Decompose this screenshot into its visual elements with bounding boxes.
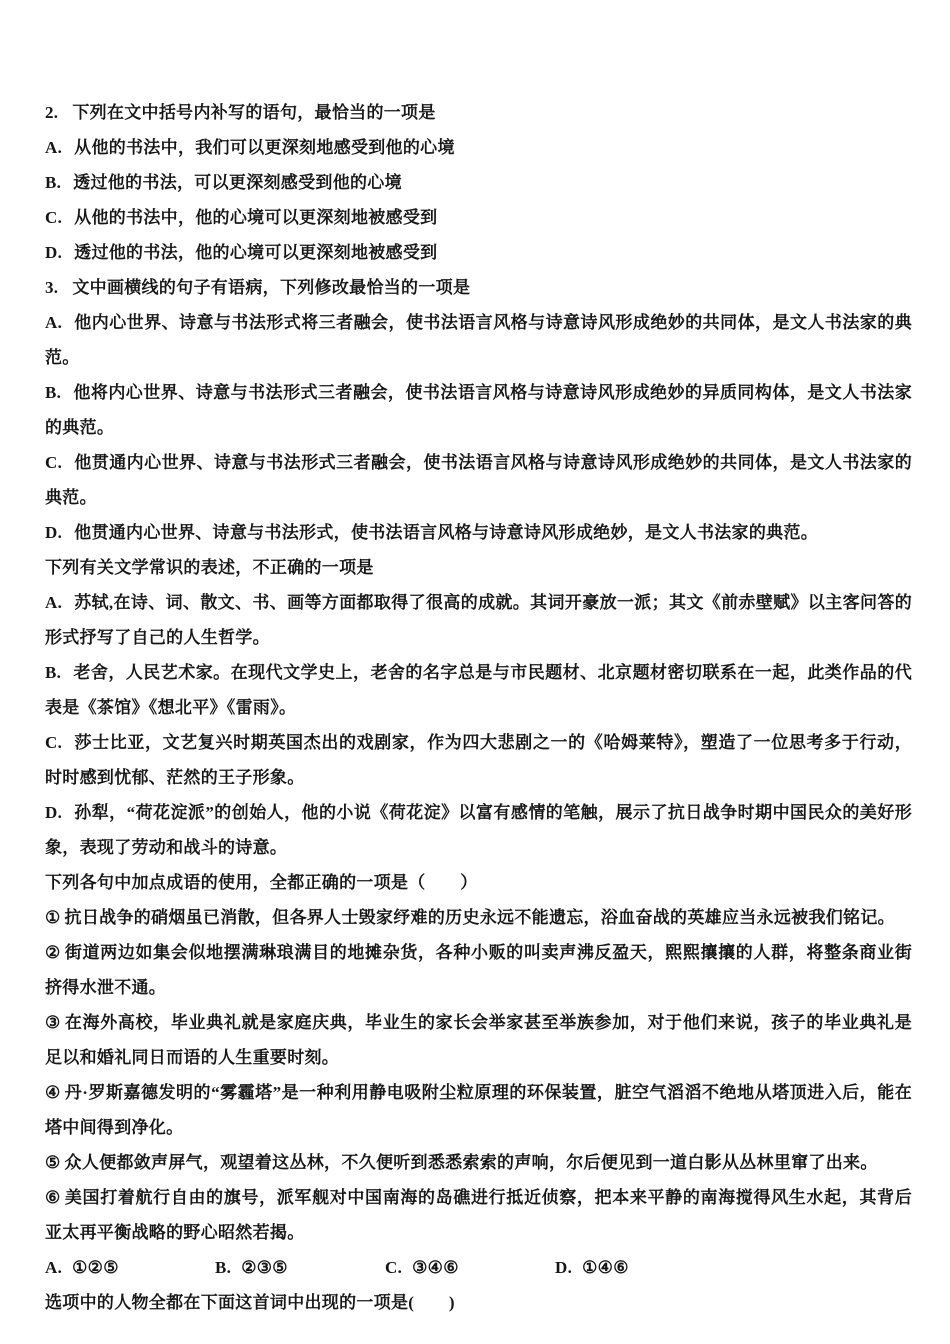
numbered-sentence-text: 众人便都敛声屏气，观望着这丛林，不久便听到悉悉索索的声响，尔后便见到一道白影从丛… xyxy=(65,1153,878,1172)
question-stem: 下列各句中加点成语的使用，全都正确的一项是（ ） xyxy=(45,865,912,900)
answer-option: D.①④⑥ xyxy=(555,1250,629,1285)
answer-option: C.从他的书法中，他的心境可以更深刻地被感受到 xyxy=(45,200,912,235)
question-stem-text: 选项中的人物全都在下面这首词中出现的一项是( ) xyxy=(45,1293,455,1312)
question-block: 下列各句中加点成语的使用，全都正确的一项是（ ）①抗日战争的硝烟虽已消散，但各界… xyxy=(45,865,912,1285)
question-stem-text: 下列各句中加点成语的使用，全都正确的一项是（ ） xyxy=(45,873,478,892)
answer-option: B.他将内心世界、诗意与书法形式三者融会，使书法语言风格与诗意诗风形成绝妙的异质… xyxy=(45,375,912,445)
answer-option: C.③④⑥ xyxy=(385,1250,555,1285)
option-text: 他将内心世界、诗意与书法形式三者融会，使书法语言风格与诗意诗风形成绝妙的异质同构… xyxy=(45,383,912,437)
question-stem: 2.下列在文中括号内补写的语句，最恰当的一项是 xyxy=(45,95,912,130)
question-block: 选项中的人物全都在下面这首词中出现的一项是( ) xyxy=(45,1285,912,1320)
option-label: A. xyxy=(45,1258,62,1277)
option-text: 从他的书法中，他的心境可以更深刻地被感受到 xyxy=(74,208,437,227)
answer-option: A.①②⑤ xyxy=(45,1250,215,1285)
option-label: A. xyxy=(45,313,62,332)
numbered-sentence-text: 在海外高校，毕业典礼就是家庭庆典，毕业生的家长会举家甚至举族参加，对于他们来说，… xyxy=(45,1013,912,1067)
option-text: ①②⑤ xyxy=(72,1258,119,1277)
option-label: B. xyxy=(45,663,61,682)
answer-options-row: A.①②⑤B.②③⑤C.③④⑥D.①④⑥ xyxy=(45,1250,912,1285)
option-label: A. xyxy=(45,593,62,612)
option-text: ③④⑥ xyxy=(412,1258,459,1277)
answer-option: B.老舍，人民艺术家。在现代文学史上，老舍的名字总是与市民题材、北京题材密切联系… xyxy=(45,655,912,725)
option-text: 苏轼,在诗、词、散文、书、画等方面都取得了很高的成就。其词开豪放一派；其文《前赤… xyxy=(45,593,912,647)
numbered-sentence: ⑥美国打着航行自由的旗号，派军舰对中国南海的岛礁进行抵近侦察，把本来平静的南海搅… xyxy=(45,1180,912,1250)
option-text: 老舍，人民艺术家。在现代文学史上，老舍的名字总是与市民题材、北京题材密切联系在一… xyxy=(45,663,912,717)
option-label: C. xyxy=(45,208,62,227)
option-label: D. xyxy=(555,1258,572,1277)
exam-document-page: 2.下列在文中括号内补写的语句，最恰当的一项是A.从他的书法中，我们可以更深刻地… xyxy=(0,0,950,1344)
option-text: 孙犁，“荷花淀派”的创始人，他的小说《荷花淀》以富有感情的笔触，展示了抗日战争时… xyxy=(45,803,912,857)
question-stem-text: 下列有关文学常识的表述，不正确的一项是 xyxy=(45,558,374,577)
option-label: C. xyxy=(385,1258,402,1277)
numbered-sentence: ①抗日战争的硝烟虽已消散，但各界人士毁家纾难的历史永远不能遗忘，浴血奋战的英雄应… xyxy=(45,900,912,935)
circled-number-marker: ⑤ xyxy=(45,1153,61,1172)
answer-option: A.他内心世界、诗意与书法形式将三者融会，使书法语言风格与诗意诗风形成绝妙的共同… xyxy=(45,305,912,375)
option-text: 他贯通内心世界、诗意与书法形式三者融会，使书法语言风格与诗意诗风形成绝妙的共同体… xyxy=(45,453,912,507)
question-stem: 下列有关文学常识的表述，不正确的一项是 xyxy=(45,550,912,585)
option-text: ②③⑤ xyxy=(241,1258,288,1277)
question-number: 3. xyxy=(45,278,58,297)
option-text: 莎士比亚，文艺复兴时期英国杰出的戏剧家，作为四大悲剧之一的《哈姆莱特》，塑造了一… xyxy=(45,733,912,787)
option-text: 他内心世界、诗意与书法形式将三者融会，使书法语言风格与诗意诗风形成绝妙的共同体，… xyxy=(45,313,912,367)
answer-option: A.从他的书法中，我们可以更深刻地感受到他的心境 xyxy=(45,130,912,165)
option-text: 透过他的书法，他的心境可以更深刻地被感受到 xyxy=(74,243,437,262)
circled-number-marker: ③ xyxy=(45,1013,61,1032)
numbered-sentence-text: 美国打着航行自由的旗号，派军舰对中国南海的岛礁进行抵近侦察，把本来平静的南海搅得… xyxy=(45,1188,912,1242)
option-text: 透过他的书法，可以更深刻感受到他的心境 xyxy=(73,173,402,192)
option-text: ①④⑥ xyxy=(582,1258,629,1277)
option-label: C. xyxy=(45,733,62,752)
circled-number-marker: ① xyxy=(45,908,61,927)
option-label: B. xyxy=(45,383,61,402)
question-stem: 选项中的人物全都在下面这首词中出现的一项是( ) xyxy=(45,1285,912,1320)
option-label: B. xyxy=(215,1258,231,1277)
option-text: 他贯通内心世界、诗意与书法形式，使书法语言风格与诗意诗风形成绝妙，是文人书法家的… xyxy=(74,523,818,542)
answer-option: D.他贯通内心世界、诗意与书法形式，使书法语言风格与诗意诗风形成绝妙，是文人书法… xyxy=(45,515,912,550)
answer-option: C.莎士比亚，文艺复兴时期英国杰出的戏剧家，作为四大悲剧之一的《哈姆莱特》，塑造… xyxy=(45,725,912,795)
numbered-sentence-text: 街道两边如集会似地摆满琳琅满目的地摊杂货，各种小贩的叫卖声沸反盈天，熙熙攘攘的人… xyxy=(45,943,912,997)
option-label: A. xyxy=(45,138,62,157)
option-text: 从他的书法中，我们可以更深刻地感受到他的心境 xyxy=(74,138,455,157)
answer-option: A.苏轼,在诗、词、散文、书、画等方面都取得了很高的成就。其词开豪放一派；其文《… xyxy=(45,585,912,655)
option-label: C. xyxy=(45,453,62,472)
numbered-sentence: ④丹·罗斯嘉德发明的“雾霾塔”是一种利用静电吸附尘粒原理的环保装置，脏空气滔滔不… xyxy=(45,1075,912,1145)
numbered-sentence: ②街道两边如集会似地摆满琳琅满目的地摊杂货，各种小贩的叫卖声沸反盈天，熙熙攘攘的… xyxy=(45,935,912,1005)
question-stem: 3.文中画横线的句子有语病，下列修改最恰当的一项是 xyxy=(45,270,912,305)
option-label: D. xyxy=(45,243,62,262)
answer-option: B.透过他的书法，可以更深刻感受到他的心境 xyxy=(45,165,912,200)
question-block: 3.文中画横线的句子有语病，下列修改最恰当的一项是A.他内心世界、诗意与书法形式… xyxy=(45,270,912,550)
option-label: B. xyxy=(45,173,61,192)
circled-number-marker: ⑥ xyxy=(45,1188,61,1207)
exam-document: 2.下列在文中括号内补写的语句，最恰当的一项是A.从他的书法中，我们可以更深刻地… xyxy=(45,95,912,1320)
answer-option: D.孙犁，“荷花淀派”的创始人，他的小说《荷花淀》以富有感情的笔触，展示了抗日战… xyxy=(45,795,912,865)
circled-number-marker: ④ xyxy=(45,1083,61,1102)
option-label: D. xyxy=(45,523,62,542)
circled-number-marker: ② xyxy=(45,943,61,962)
numbered-sentence-text: 丹·罗斯嘉德发明的“雾霾塔”是一种利用静电吸附尘粒原理的环保装置，脏空气滔滔不绝… xyxy=(45,1083,912,1137)
question-block: 下列有关文学常识的表述，不正确的一项是A.苏轼,在诗、词、散文、书、画等方面都取… xyxy=(45,550,912,865)
question-stem-text: 文中画横线的句子有语病，下列修改最恰当的一项是 xyxy=(72,278,470,297)
question-block: 2.下列在文中括号内补写的语句，最恰当的一项是A.从他的书法中，我们可以更深刻地… xyxy=(45,95,912,270)
numbered-sentence: ③在海外高校，毕业典礼就是家庭庆典，毕业生的家长会举家甚至举族参加，对于他们来说… xyxy=(45,1005,912,1075)
answer-option: C.他贯通内心世界、诗意与书法形式三者融会，使书法语言风格与诗意诗风形成绝妙的共… xyxy=(45,445,912,515)
option-label: D. xyxy=(45,803,62,822)
answer-option: B.②③⑤ xyxy=(215,1250,385,1285)
question-number: 2. xyxy=(45,103,58,122)
answer-option: D.透过他的书法，他的心境可以更深刻地被感受到 xyxy=(45,235,912,270)
numbered-sentence: ⑤众人便都敛声屏气，观望着这丛林，不久便听到悉悉索索的声响，尔后便见到一道白影从… xyxy=(45,1145,912,1180)
question-stem-text: 下列在文中括号内补写的语句，最恰当的一项是 xyxy=(72,103,435,122)
numbered-sentence-text: 抗日战争的硝烟虽已消散，但各界人士毁家纾难的历史永远不能遗忘，浴血奋战的英雄应当… xyxy=(65,908,895,927)
